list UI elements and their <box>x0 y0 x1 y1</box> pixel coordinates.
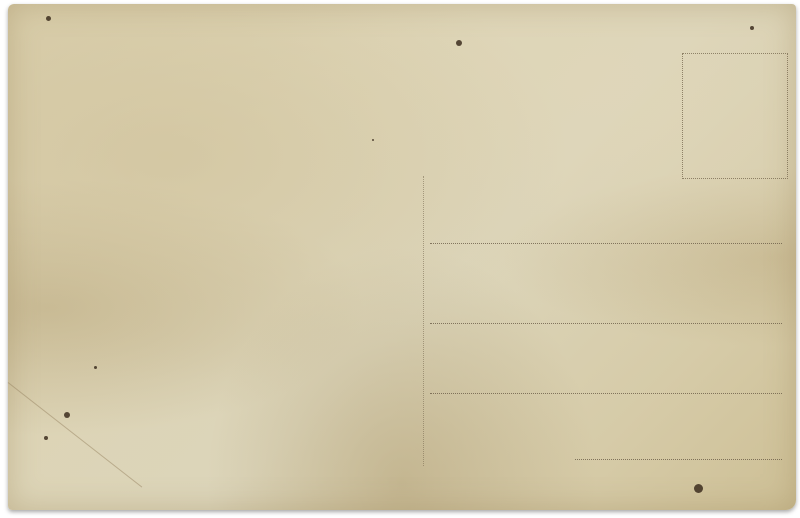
stain-spot <box>94 366 97 369</box>
message-address-divider <box>423 176 424 466</box>
stain-spot <box>46 16 51 21</box>
stain-spot <box>750 26 754 30</box>
address-line-1 <box>430 243 782 244</box>
stain-spot <box>372 139 374 141</box>
postcard-back <box>8 4 796 510</box>
address-line-4 <box>575 459 782 460</box>
address-line-3 <box>430 393 782 394</box>
stamp-box <box>682 53 788 179</box>
paper-crease <box>8 382 143 487</box>
address-line-2 <box>430 323 782 324</box>
stain-spot <box>44 436 48 440</box>
stain-spot <box>456 40 462 46</box>
stain-spot <box>64 412 70 418</box>
stain-spot <box>694 484 703 493</box>
